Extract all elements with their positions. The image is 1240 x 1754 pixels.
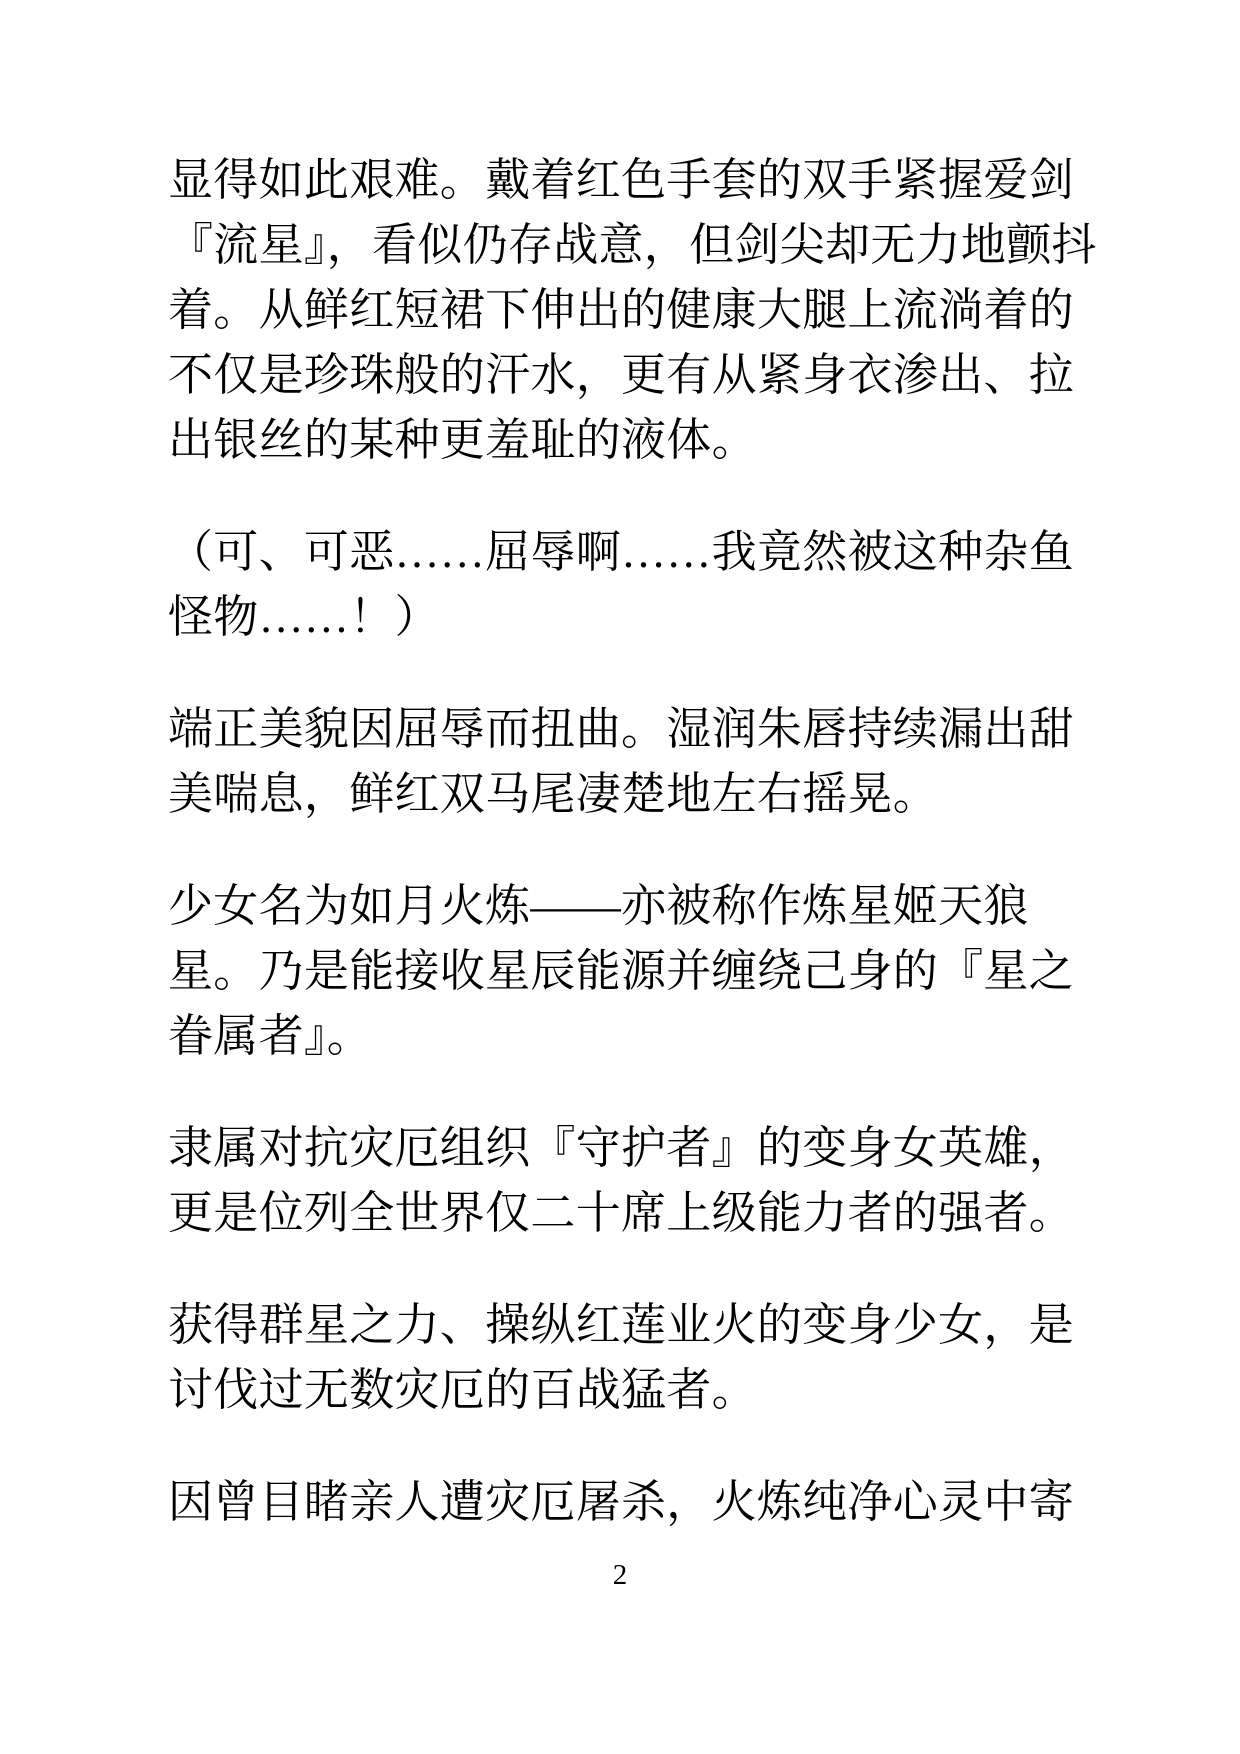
text-line: 显得如此艰难。戴着红色手套的双手紧握爱剑: [168, 148, 1088, 213]
text-line: 讨伐过无数灾厄的百战猛者。: [168, 1358, 1088, 1423]
text-line: （可、可恶……屈辱啊……我竟然被这种杂鱼: [168, 520, 1088, 585]
text-line: 怪物……！）: [168, 585, 1088, 650]
text-line: 美喘息，鲜红双马尾凄楚地左右摇晃。: [168, 762, 1088, 827]
text-line: 出银丝的某种更羞耻的液体。: [168, 408, 1088, 473]
paragraph: 显得如此艰难。戴着红色手套的双手紧握爱剑『流星』，看似仍存战意，但剑尖却无力地颤…: [168, 148, 1088, 473]
text-line: 更是位列全世界仅二十席上级能力者的强者。: [168, 1181, 1088, 1246]
text-line: 眷属者』。: [168, 1004, 1088, 1069]
paragraph: 因曾目睹亲人遭灾厄屠杀，火炼纯净心灵中寄: [168, 1470, 1088, 1535]
text-line: 隶属对抗灾厄组织『守护者』的变身女英雄，: [168, 1116, 1088, 1181]
page-number: 2: [0, 1558, 1240, 1592]
paragraph: 获得群星之力、操纵红莲业火的变身少女，是讨伐过无数灾厄的百战猛者。: [168, 1293, 1088, 1423]
text-line: 『流星』，看似仍存战意，但剑尖却无力地颤抖: [168, 213, 1088, 278]
document-page: 显得如此艰难。戴着红色手套的双手紧握爱剑『流星』，看似仍存战意，但剑尖却无力地颤…: [0, 0, 1240, 1754]
text-line: 获得群星之力、操纵红莲业火的变身少女，是: [168, 1293, 1088, 1358]
text-line: 星。乃是能接收星辰能源并缠绕己身的『星之: [168, 939, 1088, 1004]
text-line: 着。从鲜红短裙下伸出的健康大腿上流淌着的: [168, 278, 1088, 343]
text-line: 不仅是珍珠般的汗水，更有从紧身衣渗出、拉: [168, 343, 1088, 408]
paragraph: 端正美貌因屈辱而扭曲。湿润朱唇持续漏出甜美喘息，鲜红双马尾凄楚地左右摇晃。: [168, 697, 1088, 827]
text-line: 因曾目睹亲人遭灾厄屠杀，火炼纯净心灵中寄: [168, 1470, 1088, 1535]
text-line: 少女名为如月火炼——亦被称作炼星姬天狼: [168, 874, 1088, 939]
paragraph: （可、可恶……屈辱啊……我竟然被这种杂鱼怪物……！）: [168, 520, 1088, 650]
paragraph: 隶属对抗灾厄组织『守护者』的变身女英雄，更是位列全世界仅二十席上级能力者的强者。: [168, 1116, 1088, 1246]
document-body: 显得如此艰难。戴着红色手套的双手紧握爱剑『流星』，看似仍存战意，但剑尖却无力地颤…: [168, 148, 1088, 1582]
text-line: 端正美貌因屈辱而扭曲。湿润朱唇持续漏出甜: [168, 697, 1088, 762]
paragraph: 少女名为如月火炼——亦被称作炼星姬天狼星。乃是能接收星辰能源并缠绕己身的『星之眷…: [168, 874, 1088, 1069]
